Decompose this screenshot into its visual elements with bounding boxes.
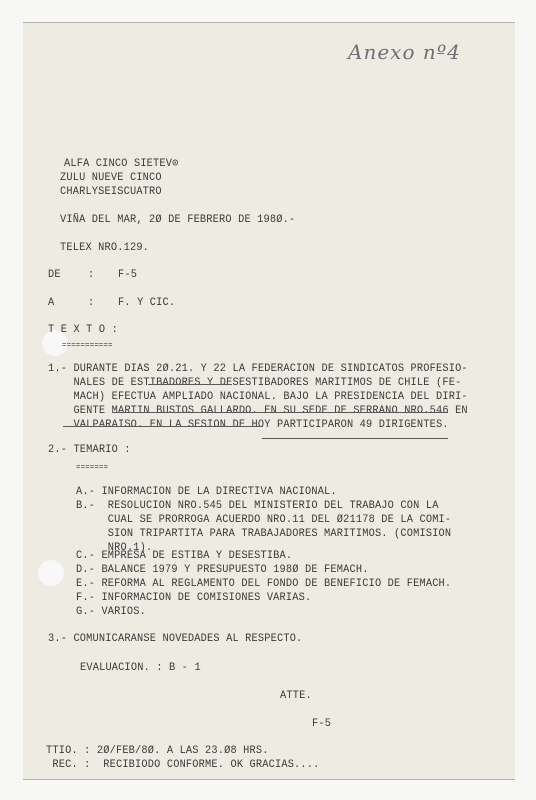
handwritten-strike xyxy=(113,412,448,413)
texto-underline: =========== xyxy=(62,339,113,353)
item-1-line: NALES DE ESTIBADORES Y DESESTIBADORES MA… xyxy=(48,376,461,390)
temario-entry: SION TRIPARTITA PARA TRABAJADORES MARITI… xyxy=(76,527,451,541)
item-1-line: MACH) EFECTUA AMPLIADO NACIONAL. BAJO LA… xyxy=(48,390,468,404)
to-value: F. Y CIC. xyxy=(118,296,175,310)
evaluation: EVALUACION. : B - 1 xyxy=(80,661,201,675)
place-date: VIÑA DEL MAR, 2Ø DE FEBRERO DE 198Ø.- xyxy=(60,213,295,227)
temario-entry: CUAL SE PRORROGA ACUERDO NRO.11 DEL Ø211… xyxy=(76,513,451,527)
item-3: 3.- COMUNICARANSE NOVEDADES AL RESPECTO. xyxy=(48,632,302,646)
closing: ATTE. xyxy=(280,689,312,703)
telex-number: TELEX NRO.129. xyxy=(60,241,149,255)
handwritten-strike xyxy=(148,384,232,385)
temario-entry: D.- BALANCE 1979 Y PRESUPUESTO 198Ø DE F… xyxy=(76,563,369,577)
item-1-line: 1.- DURANTE DIAS 2Ø.21. Y 22 LA FEDERACI… xyxy=(48,362,468,376)
temario-entry: E.- REFORMA AL REGLAMENTO DEL FONDO DE B… xyxy=(76,577,451,591)
handwritten-strike xyxy=(63,426,263,427)
temario-entry: A.- INFORMACION DE LA DIRECTIVA NACIONAL… xyxy=(76,485,337,499)
temario-entry: G.- VARIOS. xyxy=(76,605,146,619)
from-label: DE xyxy=(48,268,61,282)
header-line: ZULU NUEVE CINCO xyxy=(60,171,162,185)
to-sep: : xyxy=(88,296,94,310)
to-label: A xyxy=(48,296,54,310)
separator-line xyxy=(262,438,448,439)
from-value: F-5 xyxy=(118,268,137,282)
texto-heading: T E X T O : xyxy=(48,323,118,337)
temario-heading: 2.- TEMARIO : xyxy=(48,443,131,457)
temario-entry: C.- EMPRESA DE ESTIBA Y DESESTIBA. xyxy=(76,549,292,563)
signature: F-5 xyxy=(312,717,331,731)
footer-ttio: TTIO. : 2Ø/FEB/8Ø. A LAS 23.Ø8 HRS. xyxy=(46,744,269,758)
handwritten-annotation: Anexo nº4 xyxy=(348,40,461,64)
punch-hole xyxy=(38,560,64,586)
temario-entry: F.- INFORMACION DE COMISIONES VARIAS. xyxy=(76,591,311,605)
footer-rec: REC. : RECIBIODO CONFORME. OK GRACIAS...… xyxy=(46,758,320,772)
from-sep: : xyxy=(88,268,94,282)
temario-underline: ======= xyxy=(76,461,108,475)
temario-entry: B.- RESOLUCION NRO.545 DEL MINISTERIO DE… xyxy=(76,499,439,513)
header-line: ALFA CINCO SIETEV⊙ xyxy=(64,157,179,171)
header-line: CHARLYSEISCUATRO xyxy=(60,185,162,199)
